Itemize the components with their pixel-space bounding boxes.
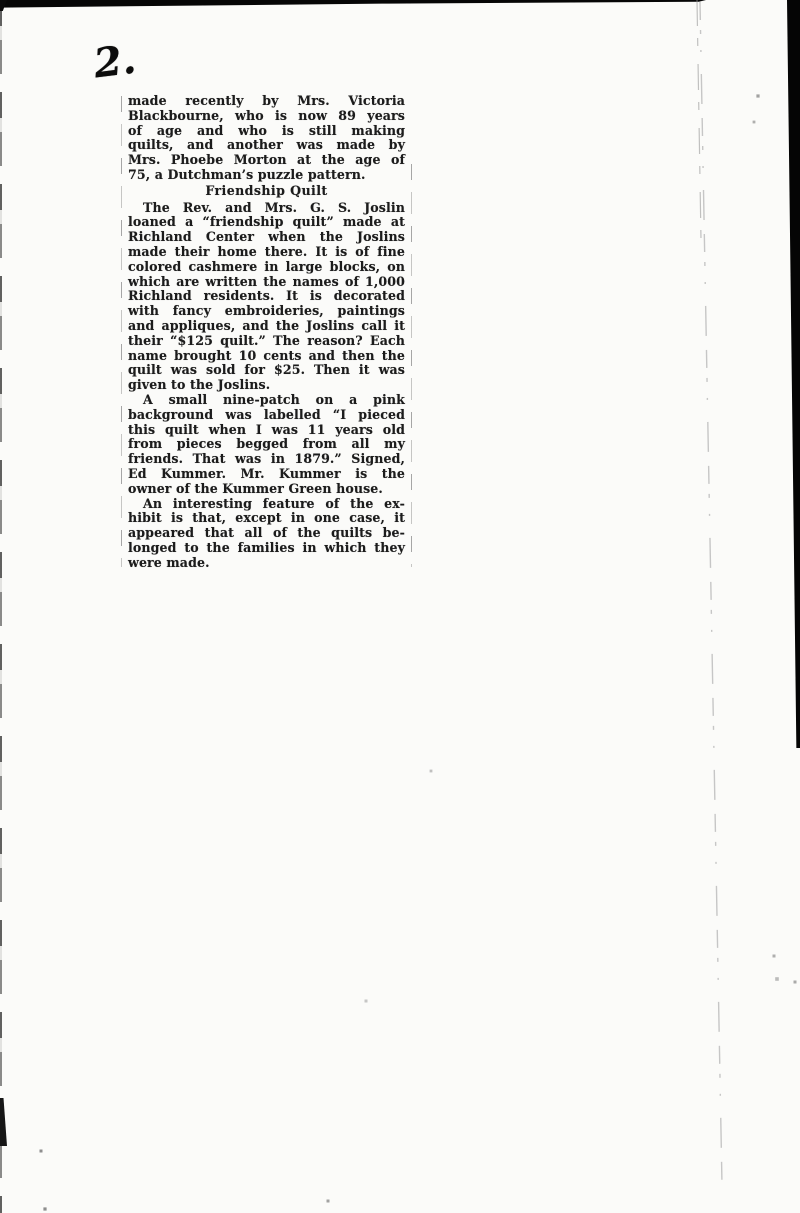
article-line: of age and who is still making xyxy=(128,124,405,139)
column-rule-right xyxy=(411,164,412,567)
article-line: given to the Joslins. xyxy=(128,378,405,393)
handwritten-page-number: 2. xyxy=(92,40,138,85)
article-line: background was labelled “I pieced xyxy=(128,408,405,423)
article-line: were made. xyxy=(128,556,405,571)
scan-speckles xyxy=(0,0,2,2)
scan-edge-right xyxy=(787,0,800,748)
scan-edge-left xyxy=(0,0,2,1213)
article-line: Blackbourne, who is now 89 years xyxy=(128,109,405,124)
article-line: and appliques, and the Joslins call it xyxy=(128,319,405,334)
article-line: which are written the names of 1,000 xyxy=(128,275,405,290)
article-line: Mrs. Phoebe Morton at the age of xyxy=(128,153,405,168)
article-line: hibit is that, except in one case, it xyxy=(128,511,405,526)
newspaper-clipping: made recently by Mrs. VictoriaBlackbourn… xyxy=(120,94,412,571)
article-text: made recently by Mrs. VictoriaBlackbourn… xyxy=(128,94,405,571)
article-line: made their home there. It is of fine xyxy=(128,245,405,260)
article-line: made recently by Mrs. Victoria xyxy=(128,94,405,109)
article-line: appeared that all of the quilts be- xyxy=(128,526,405,541)
article-line: with fancy embroideries, paintings xyxy=(128,304,405,319)
article-line: name brought 10 cents and then the xyxy=(128,349,405,364)
article-line: A small nine-patch on a pink xyxy=(128,393,405,408)
scan-edge-bottom-left xyxy=(0,1098,7,1146)
article-line: quilts, and another was made by xyxy=(128,138,405,153)
article-line: longed to the families in which they xyxy=(128,541,405,556)
scan-edge-top xyxy=(0,0,706,8)
column-rule-left xyxy=(121,96,122,567)
article-line: Richland Center when the Joslins xyxy=(128,230,405,245)
article-line: friends. That was in 1879.” Signed, xyxy=(128,452,405,467)
scanned-page: 2. made recently by Mrs. VictoriaBlackbo… xyxy=(0,0,800,1213)
article-line: quilt was sold for $25. Then it was xyxy=(128,363,405,378)
article-line: owner of the Kummer Green house. xyxy=(128,482,405,497)
article-line: their “$125 quilt.” The reason? Each xyxy=(128,334,405,349)
article-line: Ed Kummer. Mr. Kummer is the xyxy=(128,467,405,482)
article-line: Richland residents. It is decorated xyxy=(128,289,405,304)
article-line: this quilt when I was 11 years old xyxy=(128,423,405,438)
article-heading: Friendship Quilt xyxy=(128,184,405,199)
article-line: colored cashmere in large blocks, on xyxy=(128,260,405,275)
article-line: An interesting feature of the ex- xyxy=(128,497,405,512)
article-line: from pieces begged from all my xyxy=(128,437,405,452)
article-line: 75, a Dutchman’s puzzle pattern. xyxy=(128,168,405,183)
article-line: The Rev. and Mrs. G. S. Joslin xyxy=(128,201,405,216)
article-line: loaned a “friendship quilt” made at xyxy=(128,215,405,230)
